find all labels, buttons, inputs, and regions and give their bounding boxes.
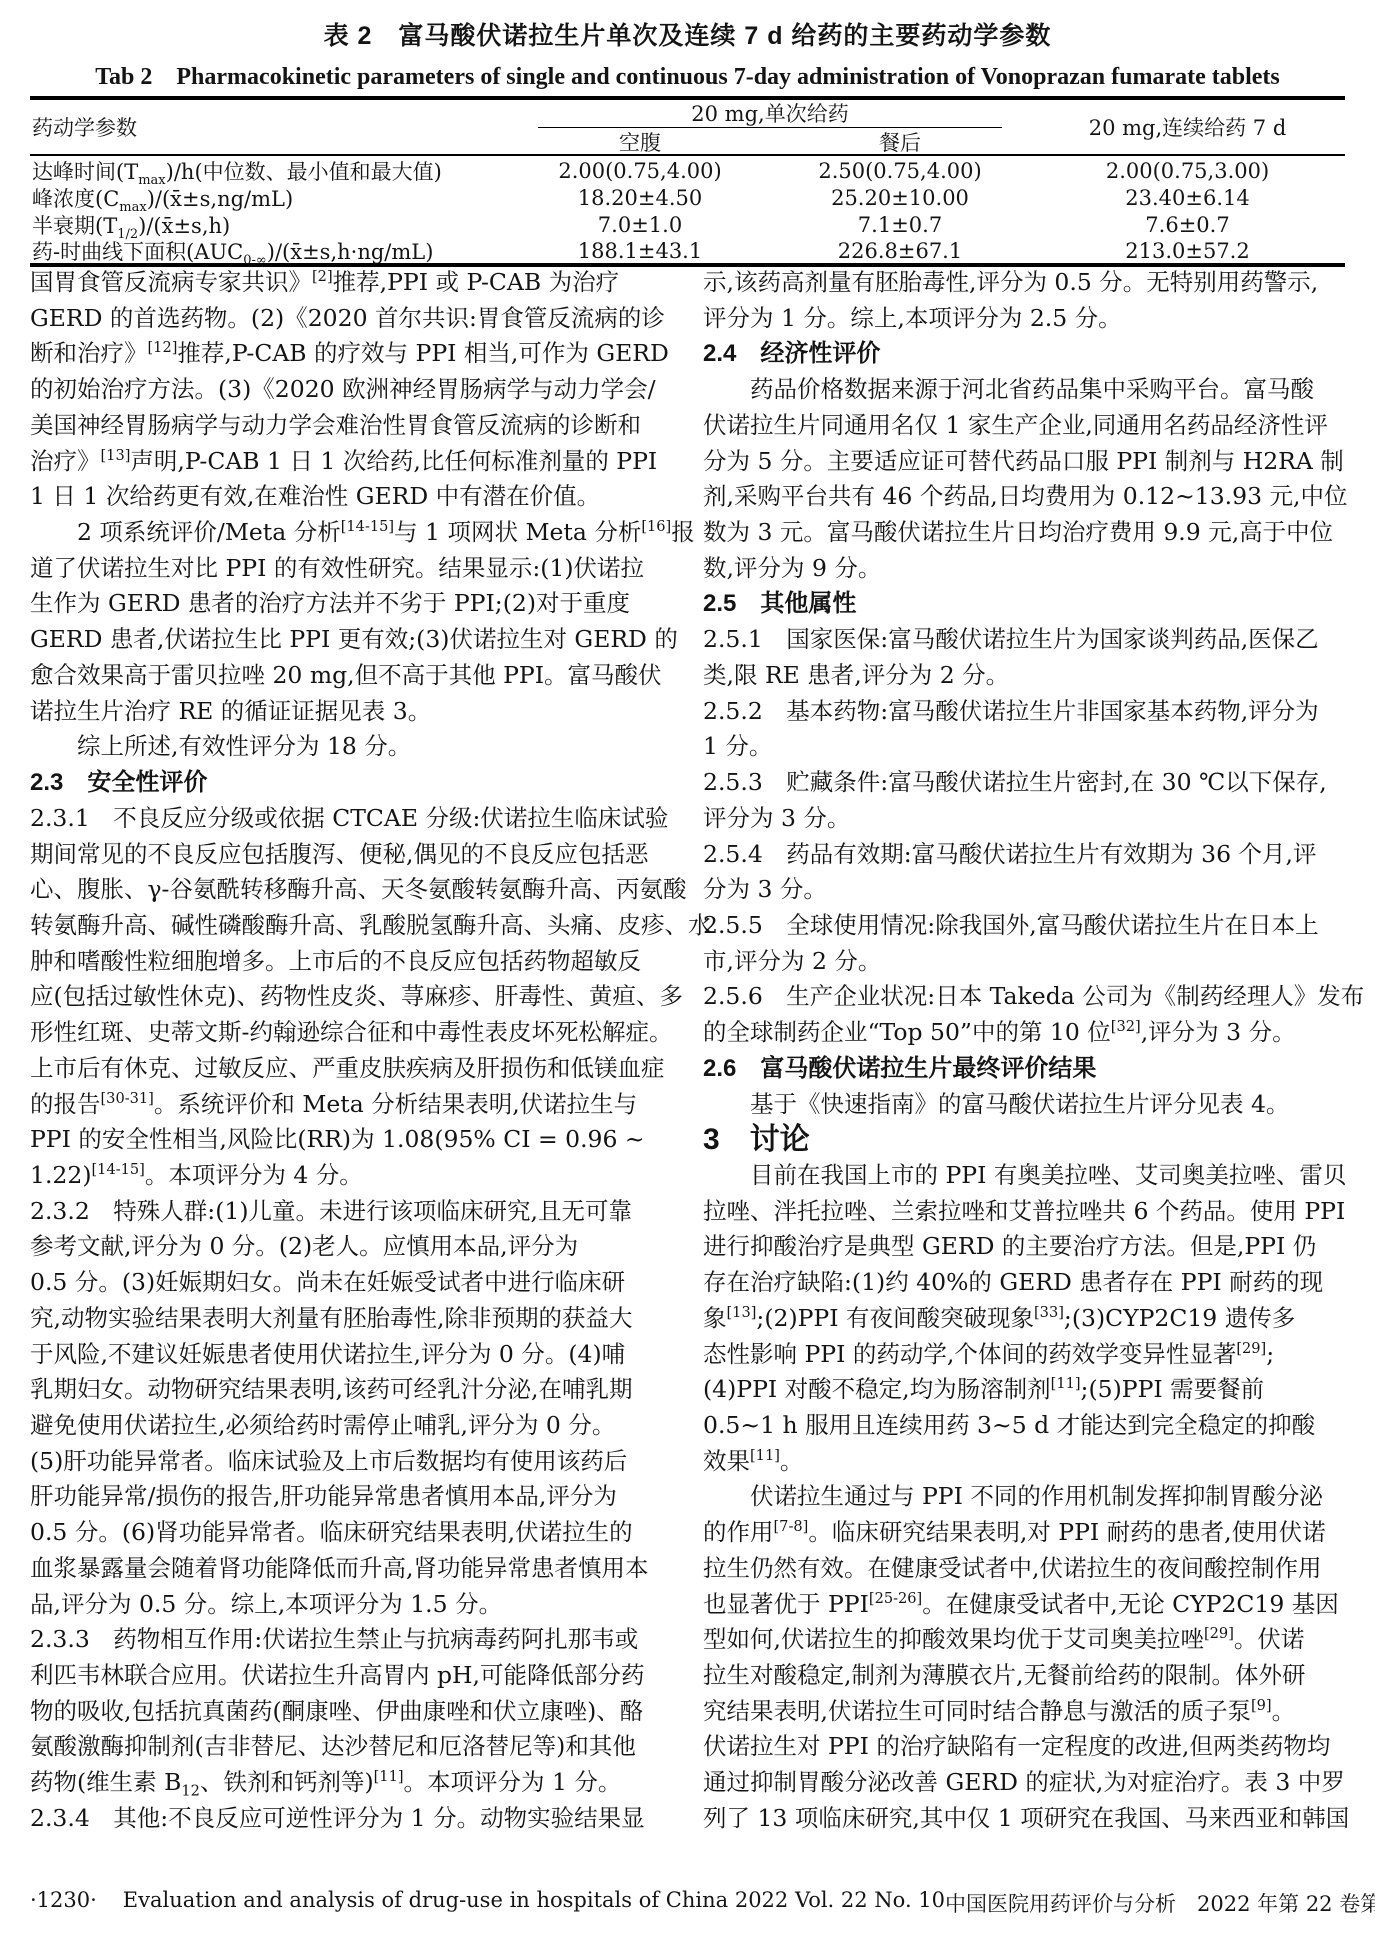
text-line: 治疗》[13]声明,P-CAB 1 日 1 次给药,比任何标准剂量的 PPI [30,444,690,480]
cell-postprandial: 226.8±67.1 [770,239,1030,263]
text-line: 上市后有休克、过敏反应、严重皮肤疾病及肝损伤和低镁血症 [30,1051,690,1087]
text-line: 究,动物实验结果表明大剂量有胚胎毒性,除非预期的获益大 [30,1301,690,1337]
text-line: 2.5.1 国家医保:富马酸伏诺拉生片为国家谈判药品,医保乙 [703,622,1363,658]
cell-continuous: 2.00(0.75,3.00) [1030,159,1345,183]
text-line: 诺拉生片治疗 RE 的循证证据见表 3。 [30,694,690,730]
text-line: 2.3.1 不良反应分级或依据 CTCAE 分级:伏诺拉生临床试验 [30,801,690,837]
text-line: 剂,采购平台共有 46 个药品,日均费用为 0.12~13.93 元,中位 [703,479,1363,515]
cell-continuous: 23.40±6.14 [1030,186,1345,210]
text-line: 利匹韦林联合应用。伏诺拉生升高胃内 pH,可能降低部分药 [30,1658,690,1694]
column-group-single-dose: 20 mg,单次给药 [538,100,1002,128]
text-line: 2.5.5 全球使用情况:除我国外,富马酸伏诺拉生片在日本上 [703,908,1363,944]
cell-postprandial: 25.20±10.00 [770,186,1030,210]
page-footer: ·1230· Evaluation and analysis of drug-u… [30,1888,1347,1918]
text-line: 转氨酶升高、碱性磷酸酶升高、乳酸脱氢酶升高、头痛、皮疹、水 [30,908,690,944]
text-line: 的报告[30-31]。系统评价和 Meta 分析结果表明,伏诺拉生与 [30,1087,690,1123]
text-line: 综上所述,有效性评分为 18 分。 [30,729,690,765]
section-heading: 2.5 其他属性 [703,586,1363,622]
text-line: 乳期妇女。动物研究结果表明,该药可经乳汁分泌,在哺乳期 [30,1372,690,1408]
table-row: 峰浓度(Cmax)/(x̄±s,ng/mL)18.20±4.5025.20±10… [30,183,1345,210]
section-heading: 2.3 安全性评价 [30,765,690,801]
text-line: 分为 3 分。 [703,872,1363,908]
text-line: 伏诺拉生对 PPI 的治疗缺陷有一定程度的改进,但两类药物均 [703,1729,1363,1765]
text-line: 进行抑酸治疗是典型 GERD 的主要治疗方法。但是,PPI 仍 [703,1229,1363,1265]
left-column: 国胃食管反流病专家共识》[2]推荐,PPI 或 P-CAB 为治疗GERD 的首… [30,265,690,1837]
text-line: GERD 的首选药物。(2)《2020 首尔共识:胃食管反流病的诊 [30,301,690,337]
section-heading: 2.4 经济性评价 [703,336,1363,372]
text-line: 1.22)[14-15]。本项评分为 4 分。 [30,1158,690,1194]
journal-citation-zh: 中国医院用药评价与分析 2022 年第 22 卷第 10 期 [945,1888,1375,1918]
text-line: 评分为 1 分。综上,本项评分为 2.5 分。 [703,301,1363,337]
text-line: 2.3.4 其他:不良反应可逆性评分为 1 分。动物实验结果显 [30,1801,690,1837]
text-line: 肝功能异常/损伤的报告,肝功能异常患者慎用本品,评分为 [30,1479,690,1515]
table-row: 半衰期(T1/2)/(x̄±s,h)7.0±1.07.1±0.77.6±0.7 [30,210,1345,237]
text-line: 药物(维生素 B12、铁剂和钙剂等)[11]。本项评分为 1 分。 [30,1765,690,1801]
footer-left: ·1230· Evaluation and analysis of drug-u… [30,1888,945,1918]
text-line: 2.5.6 生产企业状况:日本 Takeda 公司为《制药经理人》发布 [703,979,1363,1015]
cell-fasting: 2.00(0.75,4.00) [510,159,770,183]
text-line: 分为 5 分。主要适应证可替代药品口服 PPI 制剂与 H2RA 制 [703,444,1363,480]
text-line: 通过抑制胃酸分泌改善 GERD 的症状,为对症治疗。表 3 中罗 [703,1765,1363,1801]
text-line: 类,限 RE 患者,评分为 2 分。 [703,658,1363,694]
text-line: 2.5.2 基本药物:富马酸伏诺拉生片非国家基本药物,评分为 [703,694,1363,730]
text-line: 于风险,不建议妊娠患者使用伏诺拉生,评分为 0 分。(4)哺 [30,1337,690,1373]
text-line: 的初始治疗方法。(3)《2020 欧洲神经胃肠病学与动力学会/ [30,372,690,408]
text-line: 1 日 1 次给药更有效,在难治性 GERD 中有潜在价值。 [30,479,690,515]
text-line: GERD 患者,伏诺拉生比 PPI 更有效;(3)伏诺拉生对 GERD 的 [30,622,690,658]
text-line: 0.5 分。(3)妊娠期妇女。尚未在妊娠受试者中进行临床研 [30,1265,690,1301]
text-line: 0.5~1 h 服用且连续用药 3~5 d 才能达到完全稳定的抑酸 [703,1408,1363,1444]
journal-page: { "table": { "title_zh": "表 2 富马酸伏诺拉生片单次… [0,0,1375,1940]
cell-fasting: 18.20±4.50 [510,186,770,210]
table-header: 药动学参数 20 mg,单次给药 空腹 餐后 20 mg,连续给药 7 d [30,100,1345,156]
text-line: 象[13];(2)PPI 有夜间酸突破现象[33];(3)CYP2C19 遗传多 [703,1301,1363,1337]
column-header-postprandial: 餐后 [770,127,1030,157]
text-line: 避免使用伏诺拉生,必须给药时需停止哺乳,评分为 0 分。 [30,1408,690,1444]
cell-fasting: 188.1±43.1 [510,239,770,263]
text-line: 拉生对酸稳定,制剂为薄膜衣片,无餐前给药的限制。体外研 [703,1658,1363,1694]
text-line: 效果[11]。 [703,1444,1363,1480]
pharmacokinetics-table: 药动学参数 20 mg,单次给药 空腹 餐后 20 mg,连续给药 7 d 达峰… [30,96,1345,267]
text-line: 愈合效果高于雷贝拉唑 20 mg,但不高于其他 PPI。富马酸伏 [30,658,690,694]
text-line: 的作用[7-8]。临床研究结果表明,对 PPI 耐药的患者,使用伏诺 [703,1515,1363,1551]
text-line: 心、腹胀、γ-谷氨酰转移酶升高、天冬氨酸转氨酶升高、丙氨酸 [30,872,690,908]
table-row: 药-时曲线下面积(AUC0-∞)/(x̄±s,h·ng/mL)188.1±43.… [30,236,1345,263]
text-line: 血浆暴露量会随着肾功能降低而升高,肾功能异常患者慎用本 [30,1551,690,1587]
text-line: 2.5.3 贮藏条件:富马酸伏诺拉生片密封,在 30 ℃以下保存, [703,765,1363,801]
text-line: 品,评分为 0.5 分。综上,本项评分为 1.5 分。 [30,1587,690,1623]
text-line: 目前在我国上市的 PPI 有奥美拉唑、艾司奥美拉唑、雷贝 [703,1158,1363,1194]
text-line: 伏诺拉生片同通用名仅 1 家生产企业,同通用名药品经济性评 [703,408,1363,444]
text-line: 伏诺拉生通过与 PPI 不同的作用机制发挥抑制胃酸分泌 [703,1479,1363,1515]
cell-parameter: 达峰时间(Tmax)/h(中位数、最小值和最大值) [30,156,510,186]
right-column: 示,该药高剂量有胚胎毒性,评分为 0.5 分。无特别用药警示,评分为 1 分。综… [703,265,1363,1837]
cell-postprandial: 2.50(0.75,4.00) [770,159,1030,183]
text-line: 示,该药高剂量有胚胎毒性,评分为 0.5 分。无特别用药警示, [703,265,1363,301]
section-heading: 2.6 富马酸伏诺拉生片最终评价结果 [703,1051,1363,1087]
section-heading-major: 3 讨论 [703,1122,1363,1158]
text-line: 也显著优于 PPI[25-26]。在健康受试者中,无论 CYP2C19 基因 [703,1587,1363,1623]
text-line: 拉唑、泮托拉唑、兰索拉唑和艾普拉唑共 6 个药品。使用 PPI [703,1194,1363,1230]
text-line: 期间常见的不良反应包括腹泻、便秘,偶见的不良反应包括恶 [30,837,690,873]
text-line: 参考文献,评分为 0 分。(2)老人。应慎用本品,评分为 [30,1229,690,1265]
table-row: 达峰时间(Tmax)/h(中位数、最小值和最大值)2.00(0.75,4.00)… [30,156,1345,183]
text-line: 基于《快速指南》的富马酸伏诺拉生片评分见表 4。 [703,1087,1363,1123]
text-line: 生作为 GERD 患者的治疗方法并不劣于 PPI;(2)对于重度 [30,586,690,622]
cell-continuous: 213.0±57.2 [1030,239,1345,263]
text-line: 存在治疗缺陷:(1)约 40%的 GERD 患者存在 PPI 耐药的现 [703,1265,1363,1301]
text-line: 断和治疗》[12]推荐,P-CAB 的疗效与 PPI 相当,可作为 GERD [30,336,690,372]
cell-continuous: 7.6±0.7 [1030,213,1345,237]
text-line: 2.5.4 药品有效期:富马酸伏诺拉生片有效期为 36 个月,评 [703,837,1363,873]
column-header-parameter: 药动学参数 [30,112,510,142]
text-line: 评分为 3 分。 [703,801,1363,837]
text-line: 形性红斑、史蒂文斯-约翰逊综合征和中毒性表皮坏死松解症。 [30,1015,690,1051]
text-line: 0.5 分。(6)肾功能异常者。临床研究结果表明,伏诺拉生的 [30,1515,690,1551]
text-line: 数,评分为 9 分。 [703,551,1363,587]
text-line: 态性影响 PPI 的药动学,个体间的药效学变异性显著[29]; [703,1337,1363,1373]
table-title-zh: 表 2 富马酸伏诺拉生片单次及连续 7 d 给药的主要药动学参数 [0,16,1375,52]
cell-parameter: 半衰期(T1/2)/(x̄±s,h) [30,210,510,240]
table-title-en: Tab 2 Pharmacokinetic parameters of sing… [0,56,1375,91]
text-line: 2.3.3 药物相互作用:伏诺拉生禁止与抗病毒药阿扎那韦或 [30,1622,690,1658]
text-line: 1 分。 [703,729,1363,765]
text-line: 2 项系统评价/Meta 分析[14-15]与 1 项网状 Meta 分析[16… [30,515,690,551]
text-line: (5)肝功能异常者。临床试验及上市后数据均有使用该药后 [30,1444,690,1480]
text-line: 应(包括过敏性休克)、药物性皮炎、荨麻疹、肝毒性、黄疸、多 [30,979,690,1015]
text-line: 国胃食管反流病专家共识》[2]推荐,PPI 或 P-CAB 为治疗 [30,265,690,301]
text-line: 氨酸激酶抑制剂(吉非替尼、达沙替尼和厄洛替尼等)和其他 [30,1729,690,1765]
text-line: 肿和嗜酸性粒细胞增多。上市后的不良反应包括药物超敏反 [30,944,690,980]
column-header-fasting: 空腹 [510,127,770,157]
column-header-continuous: 20 mg,连续给药 7 d [1030,112,1345,142]
cell-postprandial: 7.1±0.7 [770,213,1030,237]
pk-table-body: 达峰时间(Tmax)/h(中位数、最小值和最大值)2.00(0.75,4.00)… [30,156,1345,263]
text-line: 2.3.2 特殊人群:(1)儿童。未进行该项临床研究,且无可靠 [30,1194,690,1230]
text-line: 究结果表明,伏诺拉生可同时结合静息与激活的质子泵[9]。 [703,1694,1363,1730]
cell-parameter: 药-时曲线下面积(AUC0-∞)/(x̄±s,h·ng/mL) [30,236,510,266]
text-line: (4)PPI 对酸不稳定,均为肠溶制剂[11];(5)PPI 需要餐前 [703,1372,1363,1408]
text-line: 道了伏诺拉生对比 PPI 的有效性研究。结果显示:(1)伏诺拉 [30,551,690,587]
page-number: ·1230· [30,1888,97,1918]
cell-fasting: 7.0±1.0 [510,213,770,237]
text-line: 药品价格数据来源于河北省药品集中采购平台。富马酸 [703,372,1363,408]
text-line: 列了 13 项临床研究,其中仅 1 项研究在我国、马来西亚和韩国 [703,1801,1363,1837]
text-line: PPI 的安全性相当,风险比(RR)为 1.08(95% CI = 0.96 ~ [30,1122,690,1158]
journal-citation-en: Evaluation and analysis of drug-use in h… [123,1888,945,1918]
text-line: 拉生仍然有效。在健康受试者中,伏诺拉生的夜间酸控制作用 [703,1551,1363,1587]
column-subheaders: 空腹 餐后 [510,127,1030,154]
cell-parameter: 峰浓度(Cmax)/(x̄±s,ng/mL) [30,183,510,213]
text-line: 数为 3 元。富马酸伏诺拉生片日均治疗费用 9.9 元,高于中位 [703,515,1363,551]
text-line: 型如何,伏诺拉生的抑酸效果均优于艾司奥美拉唑[29]。伏诺 [703,1622,1363,1658]
text-line: 的全球制药企业“Top 50”中的第 10 位[32],评分为 3 分。 [703,1015,1363,1051]
text-line: 美国神经胃肠病学与动力学会难治性胃食管反流病的诊断和 [30,408,690,444]
text-line: 物的吸收,包括抗真菌药(酮康唑、伊曲康唑和伏立康唑)、酪 [30,1694,690,1730]
text-line: 市,评分为 2 分。 [703,944,1363,980]
